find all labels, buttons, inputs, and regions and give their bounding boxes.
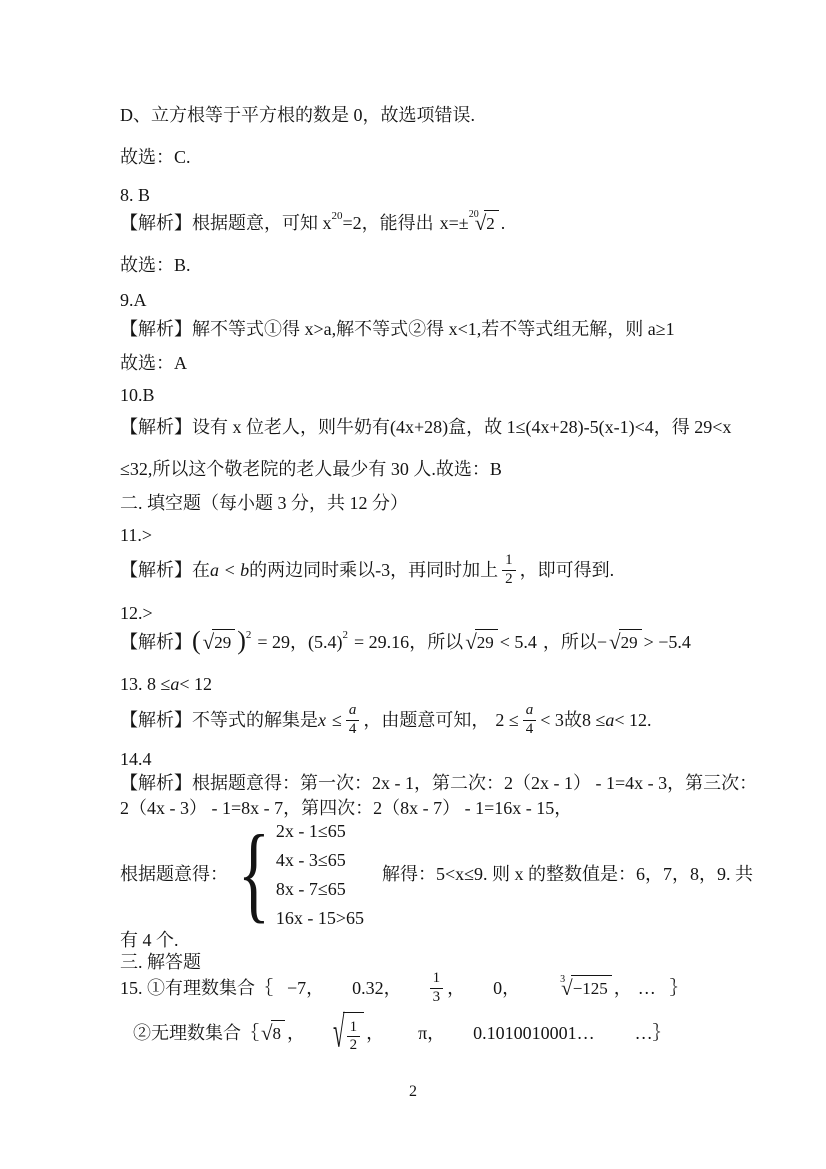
right-paren: ) — [237, 628, 246, 654]
q13-analysis-t5: 故 — [564, 708, 582, 732]
q12-sqrt29-a: √ 29 — [203, 629, 236, 655]
q10-analysis-line1: 【解析】设有 x 位老人，则牛奶有(4x+28)盒，故 1≤(4x+28)-5(… — [120, 415, 731, 439]
q10-answer-text: 10.B — [120, 383, 155, 407]
q12-eq2: = 29.16 — [354, 630, 409, 654]
q11-answer-text: 11.> — [120, 523, 152, 547]
q14-tail-line: 有 4 个. — [120, 928, 179, 952]
q13-answer-t1: 13. 8 ≤ — [120, 672, 170, 696]
q9-analysis-line: 【解析】解不等式①得 x>a,解不等式②得 x<1,若不等式组无解，则 a≥1 — [120, 317, 675, 341]
q15-irrational-head: ②无理数集合｛ — [133, 1021, 259, 1045]
q15-cuberoot: √ −125 — [561, 975, 612, 1001]
q15-fraction-half: 1 2 — [347, 1019, 361, 1055]
q15-cuberoot-index: 3 — [560, 968, 565, 992]
q15-item-zero: 0， — [493, 976, 520, 1000]
q13-answer-line: 13. 8 ≤ a < 12 — [120, 672, 212, 696]
q15-sqrt-half: √ 1 2 — [333, 1012, 364, 1055]
q14-ineq-1: 2x - 1≤65 — [276, 819, 364, 843]
q12-square-a: 2 — [246, 630, 252, 641]
fraction-numerator: 1 — [347, 1019, 361, 1036]
q8-root-radicand: 2 — [484, 210, 499, 236]
q12-comma2: ， — [409, 630, 427, 654]
q11-fraction-half: 1 2 — [502, 552, 516, 588]
q8-choose-text: 故选：B. — [120, 253, 191, 277]
q12-cmp1: < 5.4 — [500, 630, 537, 654]
q13-le1: ≤ — [332, 708, 342, 732]
q7-choose-line: 故选：C. — [120, 145, 191, 169]
q10-answer-line: 10.B — [120, 383, 155, 407]
q13-analysis-t6: 8 ≤ — [582, 708, 605, 732]
fraction-denominator: 3 — [430, 988, 444, 1006]
q13-fraction-a4-a: a 4 — [346, 702, 360, 738]
q11-analysis-t3: ，即可得到. — [520, 558, 615, 582]
q12-neg-sign: − — [597, 630, 607, 654]
fraction-denominator: 2 — [347, 1036, 361, 1054]
q15-irrational-line: ②无理数集合｛ √ 8 ， √ 1 2 ， π， 0.1010010001… …… — [133, 1010, 671, 1056]
analysis-label: 【解析】 — [120, 211, 192, 235]
q14-ineq-4: 16x - 15>65 — [276, 906, 364, 930]
q13-fraction-a4-b: a 4 — [523, 702, 537, 738]
fraction-denominator: 4 — [523, 720, 537, 738]
left-paren: ( — [192, 628, 201, 654]
q13-analysis-t4: < 3 — [540, 708, 564, 732]
q11-inequality: a < b — [210, 558, 249, 582]
q15-rational-head: 15. ①有理数集合｛ — [120, 976, 273, 1000]
q12-suoyi2: 所以 — [561, 630, 597, 654]
q15-sqrt-half-radicand: 1 2 — [343, 1012, 365, 1055]
q13-analysis-t3: 2 ≤ — [495, 708, 518, 732]
q12-suoyi1: 所以 — [427, 630, 463, 654]
q15-irrational-close: …｝ — [635, 1021, 671, 1045]
q12-cmp2: > −5.4 — [644, 630, 691, 654]
q15-cuberoot-radicand: −125 — [571, 975, 612, 1001]
q9-choose-line: 故选：A — [120, 351, 187, 375]
q9-choose-text: 故选：A — [120, 351, 187, 375]
fraction-denominator: 2 — [502, 570, 516, 588]
q14-analysis-text1: 【解析】根据题意得：第一次：2x - 1，第二次：2（2x - 1） - 1=4… — [120, 771, 757, 795]
fraction-numerator: 1 — [502, 552, 516, 569]
q15-sqrt8: √ 8 — [261, 1020, 285, 1046]
left-brace-icon: { — [238, 822, 270, 926]
q13-analysis-t7: < 12. — [614, 708, 651, 732]
q13-answer-t2: < 12 — [179, 672, 212, 696]
q11-analysis-t1: 【解析】在 — [120, 558, 210, 582]
q7-choose-text: 故选：C. — [120, 145, 191, 169]
q8-root-index: 20 — [469, 203, 479, 227]
q12-analysis-line: 【解析】 ( √ 29 ) 2 = 29 ， (5.4) 2 = 29.16 ，… — [120, 622, 691, 662]
q15-item-pi: π， — [418, 1021, 445, 1045]
q9-analysis-text: 【解析】解不等式①得 x>a,解不等式②得 x<1,若不等式组无解，则 a≥1 — [120, 317, 675, 341]
q13-answer-var: a — [170, 672, 179, 696]
q14-analysis-line2: 2（4x - 3） - 1=8x - 7，第四次：2（8x - 7） - 1=1… — [120, 796, 572, 820]
q8-analysis-line: 【解析】 根据题意，可知 x 20 =2，能得出 x=± 20 √ 2 . — [120, 204, 505, 242]
q12-square-b: 2 — [343, 630, 349, 641]
q14-ineq-2: 4x - 3≤65 — [276, 848, 364, 872]
q10-analysis-line2: ≤32,所以这个敬老院的老人最少有 30 人.故选：B — [120, 457, 502, 481]
q7-option-d-line: D、立方根等于平方根的数是 0，故选项错误. — [120, 103, 475, 127]
q14-answer-line: 14.4 — [120, 747, 152, 771]
q15-item-decimal: 0.1010010001… — [473, 1021, 595, 1045]
radical-sign-icon: √ — [333, 1010, 345, 1054]
q12-comma1: ， — [290, 630, 308, 654]
q10-analysis-text1: 【解析】设有 x 位老人，则牛奶有(4x+28)盒，故 1≤(4x+28)-5(… — [120, 415, 731, 439]
q15-ellipsis: … — [638, 976, 656, 1000]
q12-radicand-b: 29 — [475, 629, 498, 655]
q15-comma-d: ， — [366, 1021, 384, 1045]
q14-analysis-line1: 【解析】根据题意得：第一次：2x - 1，第二次：2（2x - 1） - 1=4… — [120, 771, 757, 795]
q11-analysis-line: 【解析】在 a < b 的两边同时乘以-3，再同时加上 1 2 ，即可得到. — [120, 548, 614, 592]
q12-t54: (5.4) — [308, 630, 343, 654]
q8-equation-lhs: x=± — [440, 211, 469, 235]
q13-analysis-line: 【解析】不等式的解集是 x ≤ a 4 ，由题意可知， 2 ≤ a 4 < 3 … — [120, 698, 651, 742]
section2-heading-text: 二. 填空题（每小题 3 分，共 12 分） — [120, 491, 408, 515]
fraction-denominator: 4 — [346, 720, 360, 738]
q10-analysis-text2: ≤32,所以这个敬老院的老人最少有 30 人.故选：B — [120, 457, 502, 481]
fraction-numerator: a — [346, 702, 360, 719]
q14-ineq-3: 8x - 7≤65 — [276, 877, 364, 901]
q14-answer-text: 14.4 — [120, 747, 152, 771]
q15-item-032: 0.32， — [352, 976, 402, 1000]
q15-comma-b: ， — [614, 976, 632, 1000]
q8-choose-line: 故选：B. — [120, 253, 191, 277]
q14-system-solution: 解得：5<x≤9. 则 x 的整数值是：6，7，8，9. 共 — [382, 862, 753, 886]
q7-option-d-text: D、立方根等于平方根的数是 0，故选项错误. — [120, 103, 475, 127]
q12-comma3: ， — [543, 630, 561, 654]
q12-radicand-c: 29 — [619, 629, 642, 655]
q14-tail-text: 有 4 个. — [120, 928, 179, 952]
q14-system-block: 根据题意得： { 2x - 1≤65 4x - 3≤65 8x - 7≤65 1… — [120, 818, 753, 930]
q15-rational-close: ｝ — [670, 976, 688, 1000]
q15-sqrt8-radicand: 8 — [271, 1020, 286, 1046]
q15-comma-a: ， — [447, 976, 465, 1000]
q8-analysis-period: . — [501, 211, 506, 235]
q14-analysis-text2: 2（4x - 3） - 1=8x - 7，第四次：2（8x - 7） - 1=1… — [120, 796, 572, 820]
q14-inequality-system: 2x - 1≤65 4x - 3≤65 8x - 7≤65 16x - 15>6… — [276, 819, 364, 930]
section2-heading: 二. 填空题（每小题 3 分，共 12 分） — [120, 491, 408, 515]
q13-analysis-t1: 【解析】不等式的解集是 — [120, 708, 318, 732]
fraction-numerator: a — [523, 702, 537, 719]
analysis-label: 【解析】 — [120, 630, 192, 654]
q12-sqrt29-b: √ 29 — [465, 629, 498, 655]
q12-sqrt29-c: √ 29 — [609, 629, 642, 655]
page-number: 2 — [0, 1083, 826, 1101]
q11-answer-line: 11.> — [120, 523, 152, 547]
q12-radicand-a: 29 — [212, 629, 235, 655]
q15-fraction-third: 1 3 — [430, 970, 444, 1006]
q8-analysis-t2: =2，能得出 — [343, 211, 434, 235]
q15-comma-c: ， — [287, 1021, 305, 1045]
document-page: D、立方根等于平方根的数是 0，故选项错误. 故选：C. 8. B 【解析】 根… — [0, 0, 826, 1169]
fraction-numerator: 1 — [430, 970, 444, 987]
q8-analysis-t1: 根据题意，可知 x — [192, 211, 332, 235]
q9-answer-text: 9.A — [120, 288, 147, 312]
q15-item-neg7: −7， — [287, 976, 324, 1000]
q15-rational-line: 15. ①有理数集合｛ −7， 0.32， 1 3 ， 0， 3 √ −125 … — [120, 966, 688, 1010]
q11-analysis-t2: 的两边同时乘以-3，再同时加上 — [249, 558, 498, 582]
q8-exponent: 20 — [332, 211, 343, 222]
q9-answer-line: 9.A — [120, 288, 147, 312]
q13-analysis-t2: ，由题意可知， — [363, 708, 489, 732]
q12-eq1: = 29 — [257, 630, 290, 654]
q13-var-a: a — [605, 708, 614, 732]
q14-system-prefix: 根据题意得： — [120, 862, 228, 886]
q13-var-x: x — [318, 708, 326, 732]
